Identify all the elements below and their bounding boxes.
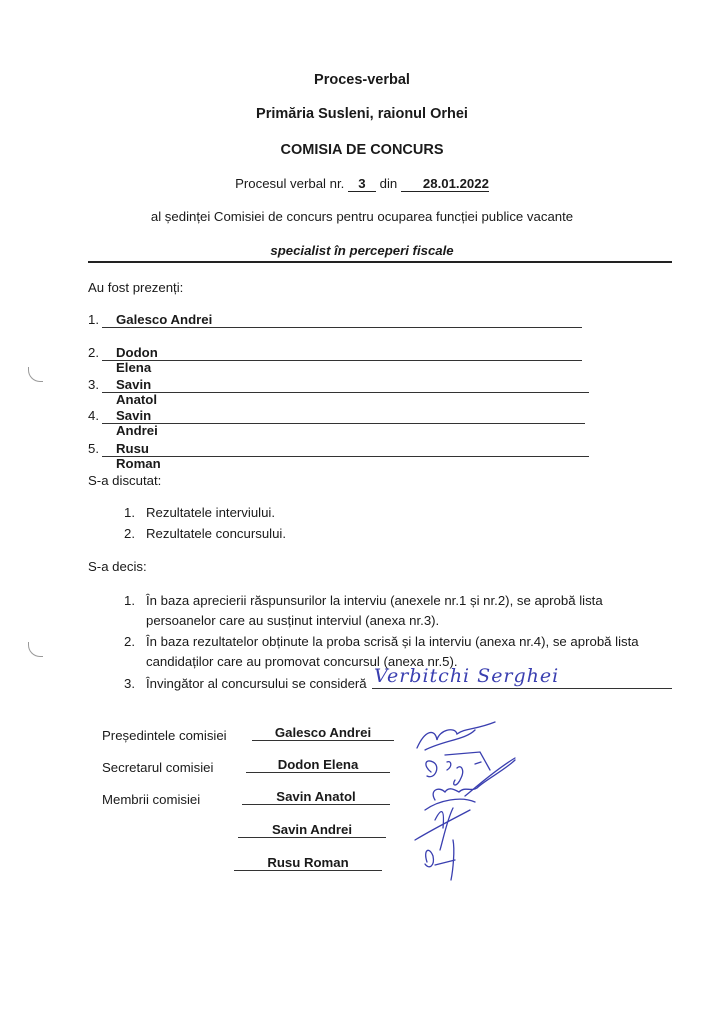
vacant-position: specialist în perceperi fiscale	[0, 243, 724, 258]
member-name: Savin Anatol	[116, 377, 157, 407]
secretary-label: Secretarul comisiei	[102, 760, 213, 775]
member-signature-name: Savin Andrei	[238, 822, 386, 838]
discussed-item: 1. Rezultatele interviului.	[124, 505, 135, 520]
winner-line: Verbitchi Serghei	[372, 671, 672, 689]
member-signature-name: Rusu Roman	[234, 855, 382, 871]
present-member: 1. Galesco Andrei	[88, 312, 582, 330]
header-divider	[88, 261, 672, 263]
member-name: Rusu Roman	[116, 441, 161, 471]
member-signature-name: Savin Anatol	[242, 789, 390, 805]
president-label: Președintele comisiei	[102, 728, 227, 743]
decided-item: 3. Învingător al concursului se consider…	[124, 676, 135, 691]
member-name: Savin Andrei	[116, 408, 158, 438]
minutes-line: Procesul verbal nr. 3 din 28.01.2022	[0, 176, 724, 192]
member-name: Dodon Elena	[116, 345, 158, 375]
punch-hole-mark	[28, 642, 43, 657]
minutes-number: 3	[348, 177, 376, 192]
discussed-item: 2. Rezultatele concursului.	[124, 526, 135, 541]
decided-item: 1. În baza aprecierii răspunsurilor la i…	[124, 593, 135, 608]
meeting-line: al ședinței Comisiei de concurs pentru o…	[0, 209, 724, 224]
date-prefix: din	[380, 176, 398, 191]
handwritten-signatures	[395, 700, 555, 890]
decided-item: 2. În baza rezultatelor obținute la prob…	[124, 634, 135, 649]
document-title: Proces-verbal	[0, 72, 724, 88]
institution-name: Primăria Susleni, raionul Orhei	[0, 106, 724, 122]
commission-name: COMISIA DE CONCURS	[0, 142, 724, 158]
decided-label: S-a decis:	[88, 559, 147, 574]
discussed-label: S-a discutat:	[88, 473, 161, 488]
member-name: Galesco Andrei	[116, 312, 212, 327]
minutes-date: 28.01.2022	[401, 177, 489, 192]
secretary-name: Dodon Elena	[246, 757, 390, 773]
present-label: Au fost prezenți:	[88, 280, 183, 295]
minutes-prefix: Procesul verbal nr.	[235, 176, 344, 191]
president-name: Galesco Andrei	[252, 725, 394, 741]
winner-name: Verbitchi Serghei	[374, 665, 559, 687]
punch-hole-mark	[28, 367, 43, 382]
members-label: Membrii comisiei	[102, 792, 200, 807]
